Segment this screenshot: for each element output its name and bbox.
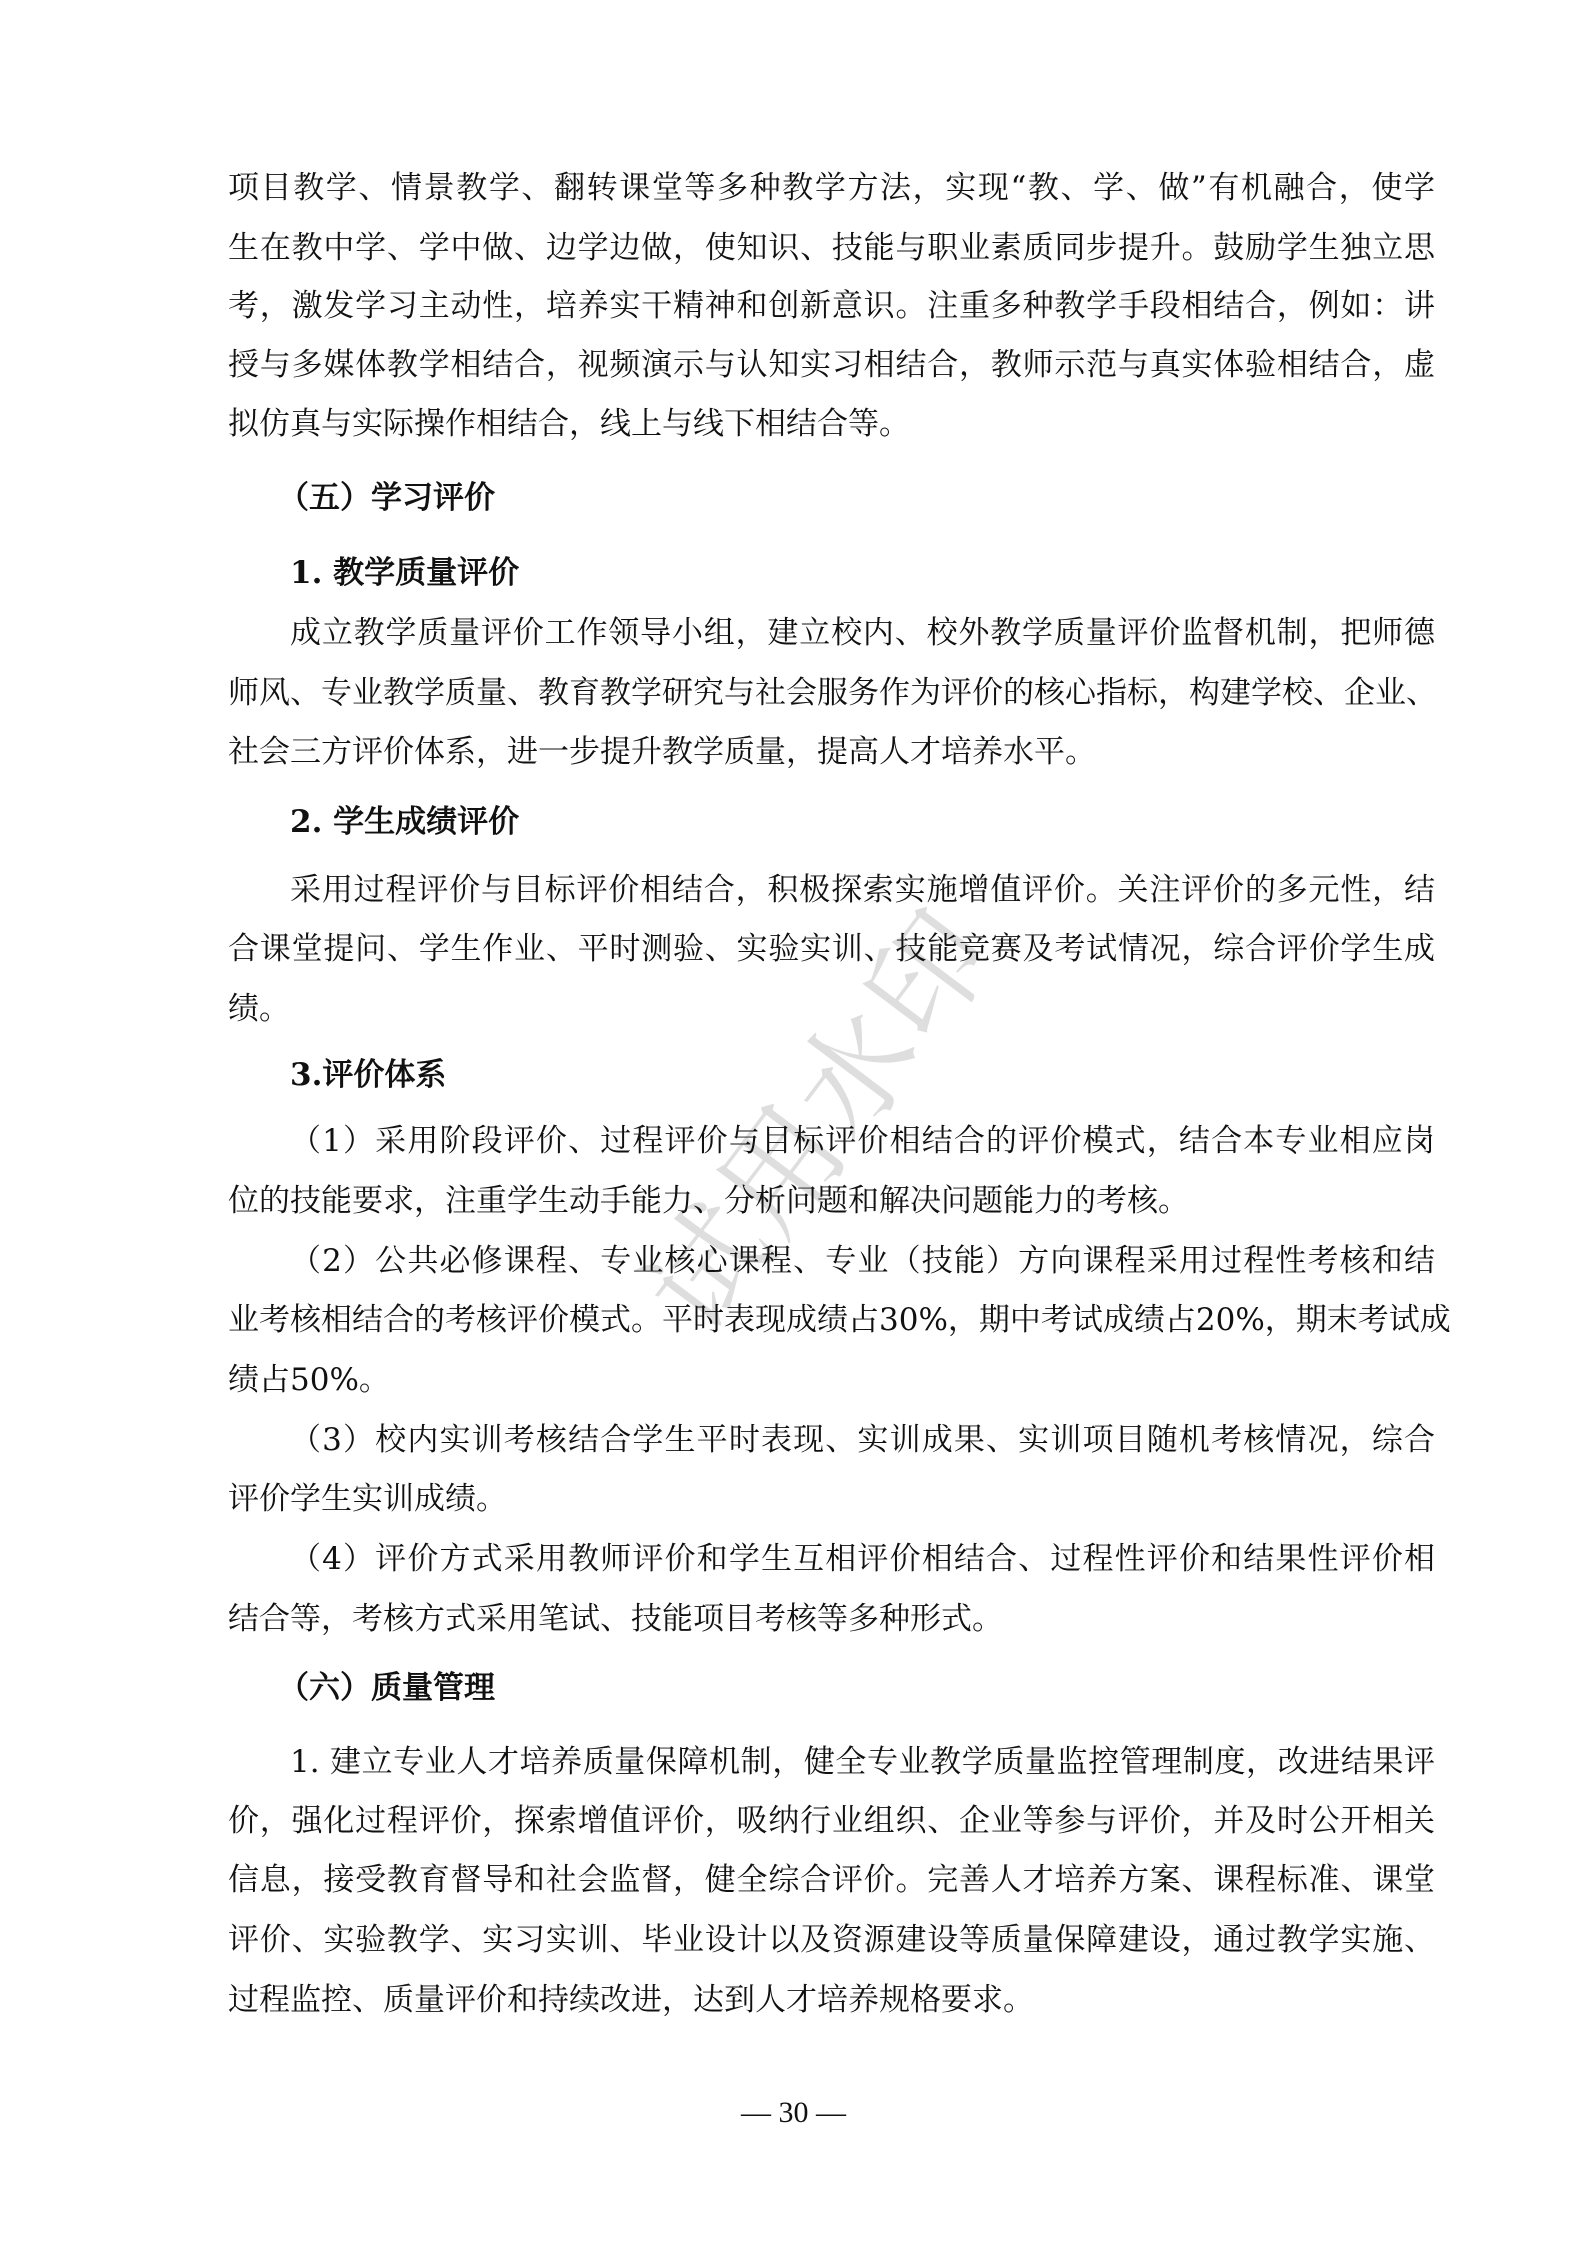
paragraph-line: 项目教学、情景教学、翻转课堂等多种教学方法，实现“教、学、做”有机融合，使学 [228,158,1435,218]
paragraph-line: （1）采用阶段评价、过程评价与目标评价相结合的评价模式，结合本专业相应岗 [228,1111,1435,1171]
paragraph-line: 拟仿真与实际操作相结合，线上与线下相结合等。 [228,394,1435,454]
paragraph-line: 过程监控、质量评价和持续改进，达到人才培养规格要求。 [228,1970,1435,2030]
document-page: 试用水印 项目教学、情景教学、翻转课堂等多种教学方法，实现“教、学、做”有机融合… [0,0,1587,2245]
paragraph-line: 生在教中学、学中做、边学边做，使知识、技能与职业素质同步提升。鼓励学生独立思 [228,218,1435,278]
paragraph-line: （2）公共必修课程、专业核心课程、专业（技能）方向课程采用过程性考核和结 [228,1231,1435,1291]
paragraph-line: 考，激发学习主动性，培养实干精神和创新意识。注重多种教学手段相结合，例如：讲 [228,276,1435,336]
paragraph-line: 绩占50%。 [228,1350,1435,1410]
paragraph-line: 信息，接受教育督导和社会监督，健全综合评价。完善人才培养方案、课程标准、课堂 [228,1850,1435,1910]
paragraph-line: 采用过程评价与目标评价相结合，积极探索实施增值评价。关注评价的多元性，结 [228,860,1435,920]
paragraph-line: （4）评价方式采用教师评价和学生互相评价相结合、过程性评价和结果性评价相 [228,1529,1435,1589]
paragraph-line: 价，强化过程评价，探索增值评价，吸纳行业组织、企业等参与评价，并及时公开相关 [228,1791,1435,1851]
paragraph-line: 授与多媒体教学相结合，视频演示与认知实习相结合，教师示范与真实体验相结合，虚 [228,335,1435,395]
paragraph-line: 师风、专业教学质量、教育教学研究与社会服务作为评价的核心指标，构建学校、企业、 [228,663,1435,723]
paragraph-line: 社会三方评价体系，进一步提升教学质量，提高人才培养水平。 [228,722,1435,782]
paragraph-line: 1. 建立专业人才培养质量保障机制，健全专业教学质量监控管理制度，改进结果评 [228,1732,1435,1792]
subheading-teaching-quality-evaluation: 1. 教学质量评价 [228,543,1435,603]
section-heading-learning-evaluation: （五）学习评价 [228,468,1435,528]
paragraph-line: （3）校内实训考核结合学生平时表现、实训成果、实训项目随机考核情况，综合 [228,1410,1435,1470]
paragraph-line: 绩。 [228,979,1435,1039]
paragraph-line: 业考核相结合的考核评价模式。平时表现成绩占30%，期中考试成绩占20%，期末考试… [228,1290,1435,1350]
page-number: — 30 — [0,2088,1587,2138]
paragraph-line: 合课堂提问、学生作业、平时测验、实验实训、技能竞赛及考试情况，综合评价学生成 [228,919,1435,979]
paragraph-line: 位的技能要求，注重学生动手能力、分析问题和解决问题能力的考核。 [228,1171,1435,1231]
paragraph-line: 成立教学质量评价工作领导小组，建立校内、校外教学质量评价监督机制，把师德 [228,603,1435,663]
paragraph-line: 结合等，考核方式采用笔试、技能项目考核等多种形式。 [228,1589,1435,1649]
subheading-evaluation-system: 3.评价体系 [228,1045,1435,1105]
paragraph-line: 评价学生实训成绩。 [228,1469,1435,1529]
subheading-student-grade-evaluation: 2. 学生成绩评价 [228,792,1435,852]
paragraph-line: 评价、实验教学、实习实训、毕业设计以及资源建设等质量保障建设，通过教学实施、 [228,1910,1435,1970]
section-heading-quality-management: （六）质量管理 [228,1658,1435,1718]
